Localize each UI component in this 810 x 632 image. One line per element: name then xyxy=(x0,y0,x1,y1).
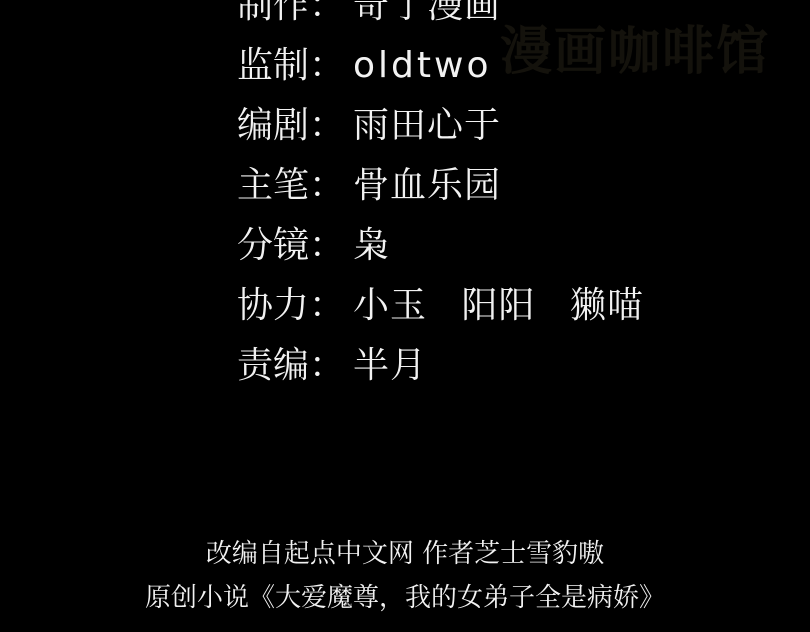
credit-value: 骨血乐园 xyxy=(353,156,501,216)
credits-list: 制作 ： 奇丁漫画 监制 ： oldtwo 编剧 ： 雨田心于 主笔 ： 骨血乐… xyxy=(237,0,644,396)
credit-separator: ： xyxy=(309,36,353,96)
credit-row-storyboard: 分镜 ： 枭 xyxy=(237,216,644,276)
credit-separator: ： xyxy=(309,156,353,216)
credit-role: 制作 xyxy=(237,0,309,36)
credit-separator: ： xyxy=(309,336,353,396)
credit-row-screenwriter: 编剧 ： 雨田心于 xyxy=(237,96,644,156)
credit-role: 监制 xyxy=(237,36,309,96)
credit-row-supervisor: 监制 ： oldtwo xyxy=(237,36,644,96)
credit-role: 协力 xyxy=(237,276,309,336)
credit-separator: ： xyxy=(309,276,353,336)
credit-role: 主笔 xyxy=(237,156,309,216)
credit-value: 枭 xyxy=(353,216,390,276)
credit-value: 半月 xyxy=(353,336,427,396)
credit-value: 奇丁漫画 xyxy=(353,0,501,36)
credit-name: oldtwo xyxy=(353,45,491,86)
credit-row-editor: 责编 ： 半月 xyxy=(237,336,644,396)
credit-role: 编剧 xyxy=(237,96,309,156)
credit-name: 骨血乐园 xyxy=(353,165,501,206)
credit-separator: ： xyxy=(309,96,353,156)
credit-name: 小玉 xyxy=(353,285,427,326)
credit-value: 小玉 阳阳 獭喵 xyxy=(353,276,644,336)
credit-name: 枭 xyxy=(353,225,390,266)
credit-separator: ： xyxy=(309,0,353,36)
original-novel-line: 原创小说《大爱魔尊，我的女弟子全是病娇》 xyxy=(0,576,810,620)
credit-role: 责编 xyxy=(237,336,309,396)
credit-value: oldtwo xyxy=(353,36,491,96)
credit-row-assistants: 协力 ： 小玉 阳阳 獭喵 xyxy=(237,276,644,336)
credit-row-lead-artist: 主笔 ： 骨血乐园 xyxy=(237,156,644,216)
credit-row-production: 制作 ： 奇丁漫画 xyxy=(237,0,644,36)
credit-name: 奇丁漫画 xyxy=(353,0,501,26)
credit-name: 獭喵 xyxy=(570,285,644,326)
source-attribution-line: 改编自起点中文网 作者芝士雪豹嗷 xyxy=(0,532,810,576)
credit-name: 雨田心于 xyxy=(353,105,501,146)
credit-separator: ： xyxy=(309,216,353,276)
credit-role: 分镜 xyxy=(237,216,309,276)
credit-name: 半月 xyxy=(353,345,427,386)
credit-value: 雨田心于 xyxy=(353,96,501,156)
credit-name: 阳阳 xyxy=(461,285,535,326)
